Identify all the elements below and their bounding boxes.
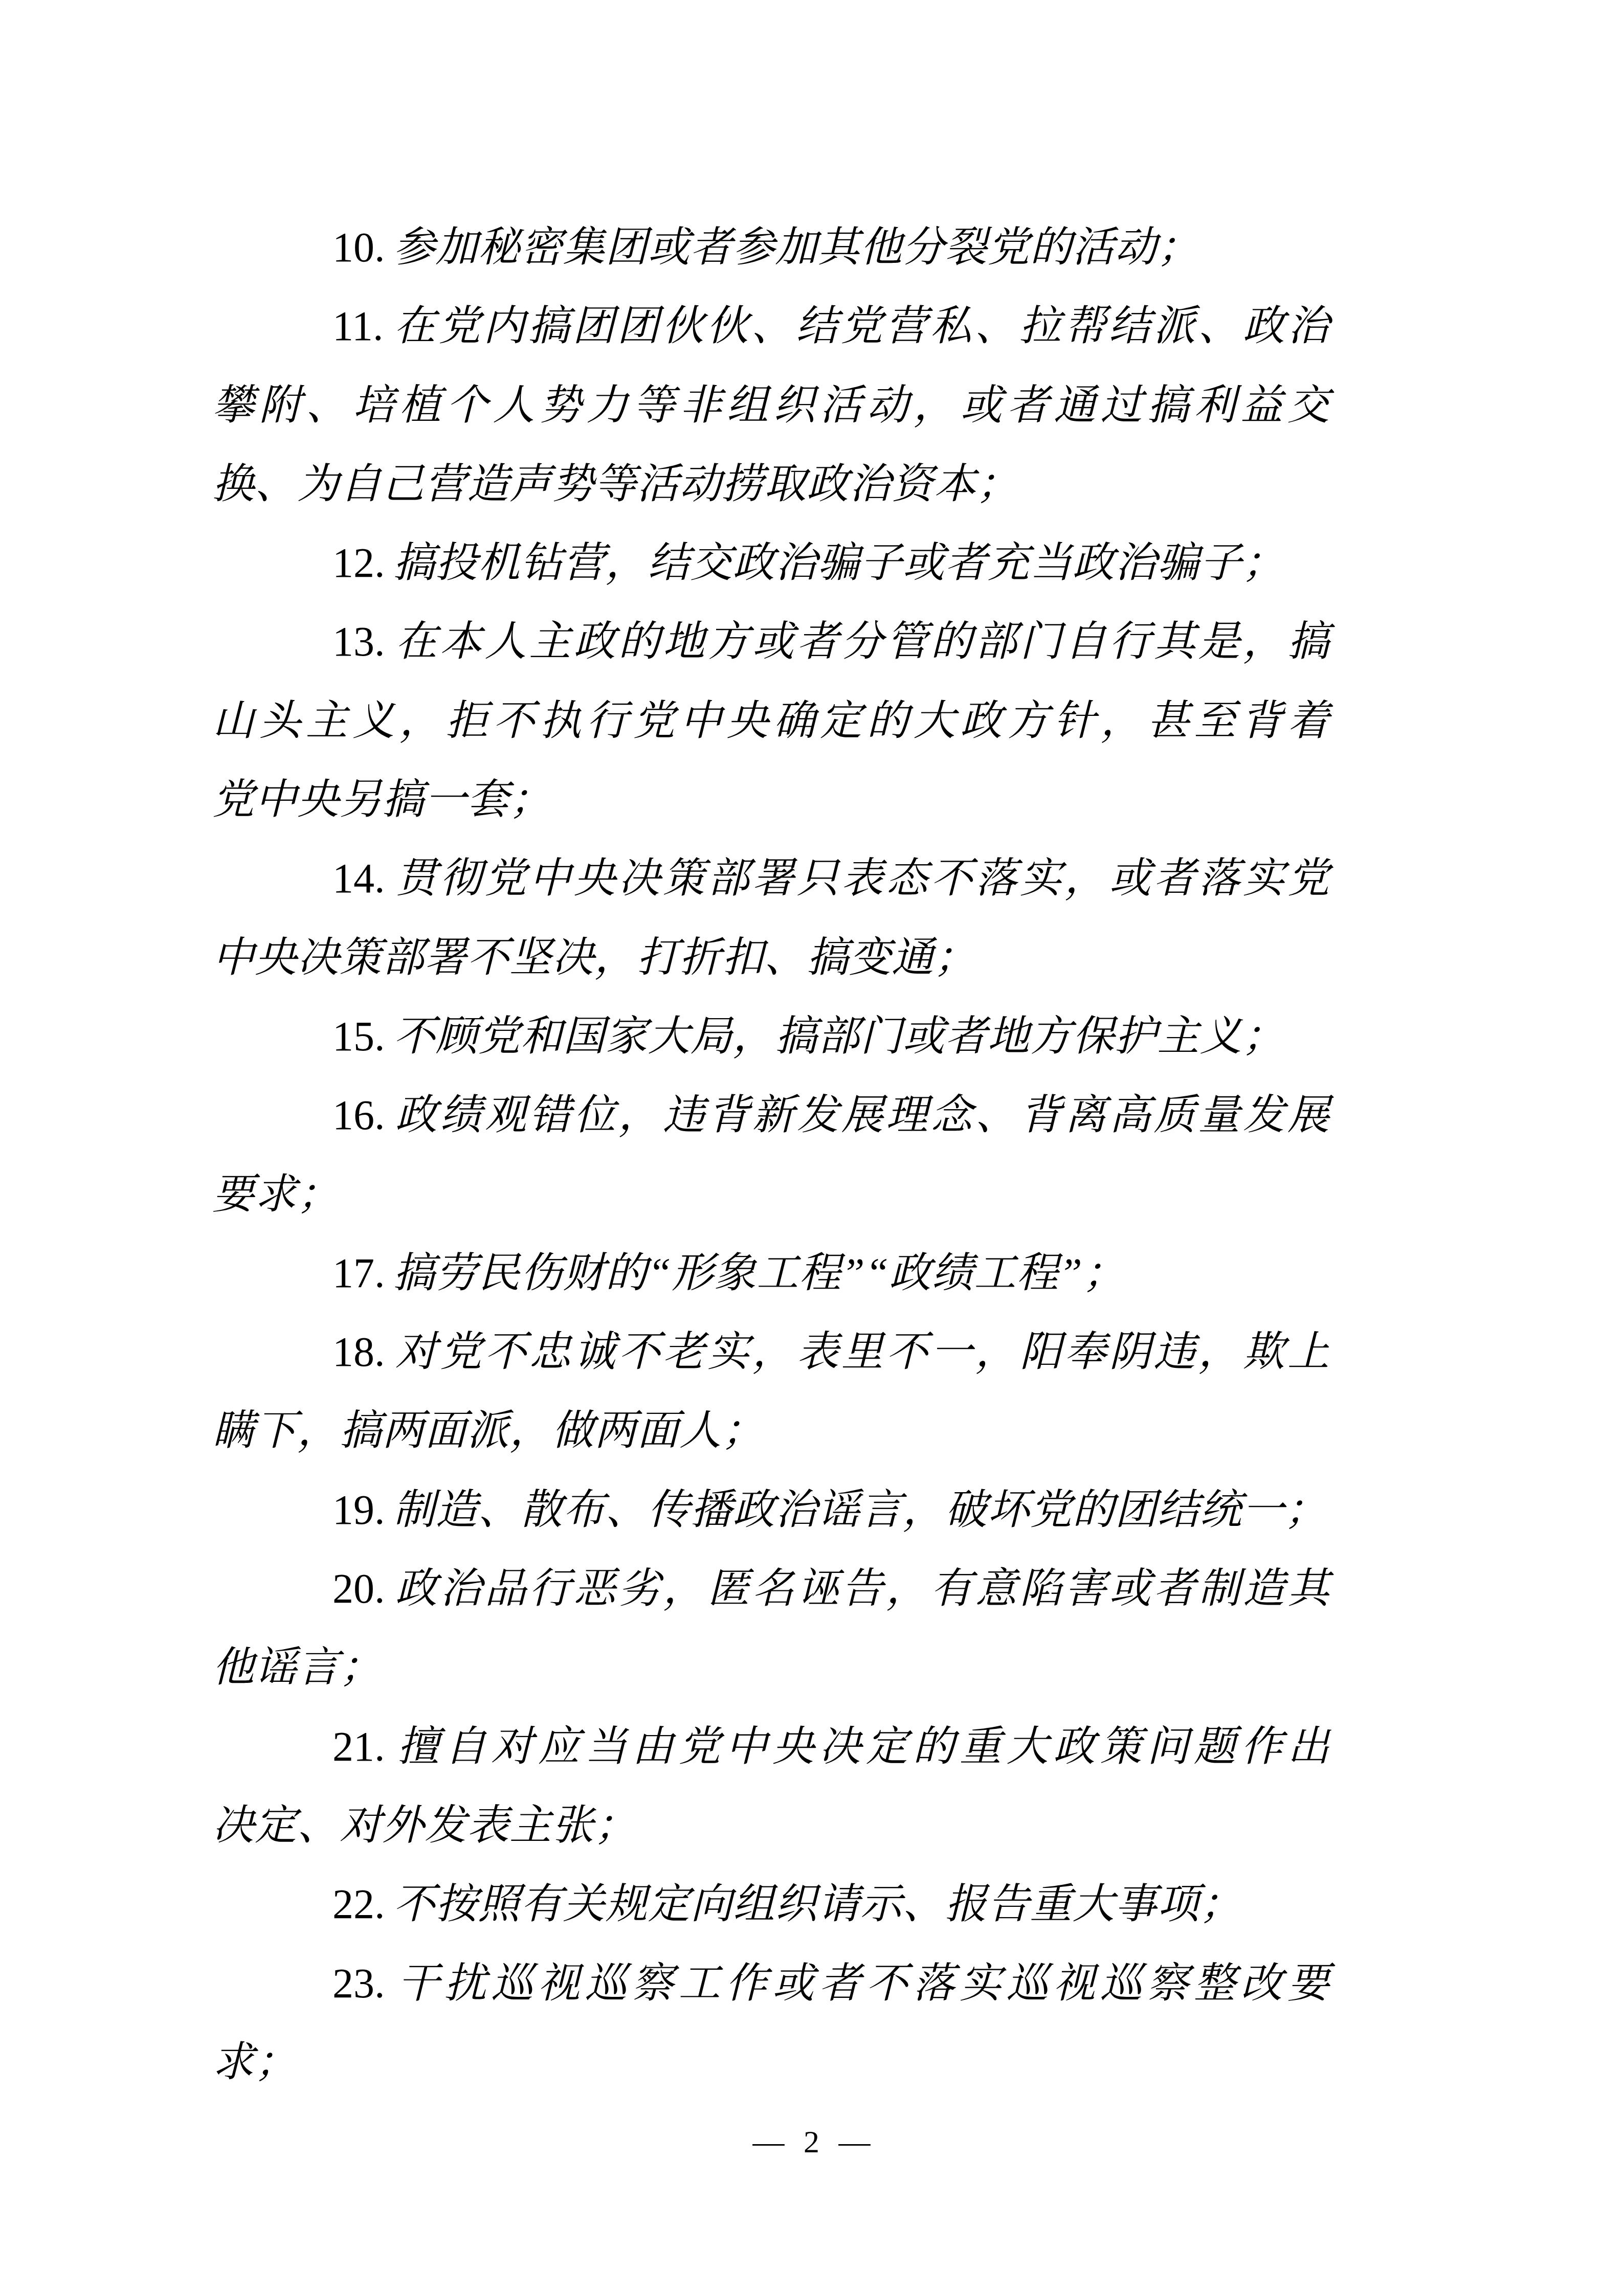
clause-text: 搞劳民伤财的“形象工程”“政绩工程”； xyxy=(393,1250,1125,1296)
clause-line: 16.政绩观错位，违背新发展理念、背离高质量发展 xyxy=(212,1076,1330,1155)
clause-line: 20.政治品行恶劣，匿名诬告，有意陷害或者制造其 xyxy=(212,1549,1330,1628)
clause-item-23: 23.干扰巡视巡察工作或者不落实巡视巡察整改要 求； xyxy=(212,1944,1330,2102)
clause-text: 不顾党和国家大局，搞部门或者地方保护主义； xyxy=(393,1013,1285,1060)
clause-line: 11.在党内搞团团伙伙、结党营私、拉帮结派、政治 xyxy=(212,287,1330,366)
clause-text: 在本人主政的地方或者分管的部门自行其是，搞 xyxy=(393,618,1330,665)
clause-item-15: 15.不顾党和国家大局，搞部门或者地方保护主义； xyxy=(212,997,1330,1076)
clause-line: 18.对党不忠诚不老实，表里不一，阳奉阴违，欺上 xyxy=(212,1313,1330,1391)
clause-text: 政绩观错位，违背新发展理念、背离高质量发展 xyxy=(393,1092,1330,1138)
clause-item-17: 17.搞劳民伤财的“形象工程”“政绩工程”； xyxy=(212,1234,1330,1313)
clause-number: 10. xyxy=(332,224,393,271)
clause-item-12: 12.搞投机钻营，结交政治骗子或者充当政治骗子； xyxy=(212,524,1330,602)
clause-number: 12. xyxy=(332,539,393,586)
page-footer: — 2 — xyxy=(0,2126,1624,2158)
clause-item-16: 16.政绩观错位，违背新发展理念、背离高质量发展 要求； xyxy=(212,1076,1330,1234)
clause-line: 求； xyxy=(212,2023,1330,2102)
clause-item-18: 18.对党不忠诚不老实，表里不一，阳奉阴违，欺上 瞒下，搞两面派，做两面人； xyxy=(212,1313,1330,1471)
clause-number: 17. xyxy=(332,1250,393,1296)
clause-line: 12.搞投机钻营，结交政治骗子或者充当政治骗子； xyxy=(212,524,1330,602)
clause-number: 18. xyxy=(332,1329,393,1375)
clause-text: 在党内搞团团伙伙、结党营私、拉帮结派、政治 xyxy=(391,303,1330,349)
clause-item-10: 10.参加秘密集团或者参加其他分裂党的活动； xyxy=(212,208,1330,287)
clause-line: 瞒下，搞两面派，做两面人； xyxy=(212,1391,1330,1470)
clause-item-22: 22.不按照有关规定向组织请示、报告重大事项； xyxy=(212,1865,1330,1944)
clause-text: 不按照有关规定向组织请示、报告重大事项； xyxy=(393,1881,1242,1927)
clause-number: 22. xyxy=(332,1881,393,1927)
clause-number: 13. xyxy=(332,618,393,665)
clause-text: 贯彻党中央决策部署只表态不落实，或者落实党 xyxy=(393,855,1330,902)
clause-line: 14.贯彻党中央决策部署只表态不落实，或者落实党 xyxy=(212,839,1330,918)
clause-item-21: 21.擅自对应当由党中央决定的重大政策问题作出 决定、对外发表主张； xyxy=(212,1707,1330,1865)
clause-number: 23. xyxy=(332,1960,393,2007)
clause-line: 13.在本人主政的地方或者分管的部门自行其是，搞 xyxy=(212,602,1330,681)
clause-line: 要求； xyxy=(212,1155,1330,1234)
clause-number: 14. xyxy=(332,855,393,902)
page-number: — 2 — xyxy=(753,2125,872,2159)
clause-line: 19.制造、散布、传播政治谣言，破坏党的团结统一； xyxy=(212,1471,1330,1549)
clause-text: 搞投机钻营，结交政治骗子或者充当政治骗子； xyxy=(393,539,1285,586)
clause-number: 19. xyxy=(332,1487,393,1533)
clause-text: 干扰巡视巡察工作或者不落实巡视巡察整改要 xyxy=(393,1960,1330,2007)
clause-item-20: 20.政治品行恶劣，匿名诬告，有意陷害或者制造其 他谣言； xyxy=(212,1549,1330,1707)
document-page: 10.参加秘密集团或者参加其他分裂党的活动； 11.在党内搞团团伙伙、结党营私、… xyxy=(0,0,1624,2296)
clause-item-19: 19.制造、散布、传播政治谣言，破坏党的团结统一； xyxy=(212,1471,1330,1549)
clause-item-11: 11.在党内搞团团伙伙、结党营私、拉帮结派、政治 攀附、培植个人势力等非组织活动… xyxy=(212,287,1330,524)
clause-line: 15.不顾党和国家大局，搞部门或者地方保护主义； xyxy=(212,997,1330,1076)
clause-number: 20. xyxy=(332,1565,393,1612)
clause-item-13: 13.在本人主政的地方或者分管的部门自行其是，搞 山头主义，拒不执行党中央确定的… xyxy=(212,602,1330,839)
clause-text: 参加秘密集团或者参加其他分裂党的活动； xyxy=(393,224,1200,271)
clause-item-14: 14.贯彻党中央决策部署只表态不落实，或者落实党 中央决策部署不坚决，打折扣、搞… xyxy=(212,839,1330,997)
clause-text: 制造、散布、传播政治谣言，破坏党的团结统一； xyxy=(393,1487,1327,1533)
clause-line: 23.干扰巡视巡察工作或者不落实巡视巡察整改要 xyxy=(212,1944,1330,2023)
clause-line: 他谣言； xyxy=(212,1628,1330,1707)
clause-line: 党中央另搞一套； xyxy=(212,760,1330,839)
clause-line: 决定、对外发表主张； xyxy=(212,1786,1330,1865)
clause-number: 16. xyxy=(332,1092,393,1138)
document-body: 10.参加秘密集团或者参加其他分裂党的活动； 11.在党内搞团团伙伙、结党营私、… xyxy=(212,208,1330,2102)
clause-line: 攀附、培植个人势力等非组织活动，或者通过搞利益交 xyxy=(212,366,1330,445)
clause-line: 17.搞劳民伤财的“形象工程”“政绩工程”； xyxy=(212,1234,1330,1313)
clause-number: 15. xyxy=(332,1013,393,1060)
clause-number: 21. xyxy=(332,1723,393,1770)
clause-text: 对党不忠诚不老实，表里不一，阳奉阴违，欺上 xyxy=(393,1329,1330,1375)
clause-line: 10.参加秘密集团或者参加其他分裂党的活动； xyxy=(212,208,1330,287)
clause-line: 换、为自己营造声势等活动捞取政治资本； xyxy=(212,445,1330,524)
clause-line: 22.不按照有关规定向组织请示、报告重大事项； xyxy=(212,1865,1330,1944)
clause-text: 擅自对应当由党中央决定的重大政策问题作出 xyxy=(393,1723,1330,1770)
clause-line: 山头主义，拒不执行党中央确定的大政方针，甚至背着 xyxy=(212,682,1330,760)
clause-text: 政治品行恶劣，匿名诬告，有意陷害或者制造其 xyxy=(393,1565,1330,1612)
clause-number: 11. xyxy=(332,303,391,349)
clause-line: 21.擅自对应当由党中央决定的重大政策问题作出 xyxy=(212,1707,1330,1786)
clause-line: 中央决策部署不坚决，打折扣、搞变通； xyxy=(212,918,1330,997)
